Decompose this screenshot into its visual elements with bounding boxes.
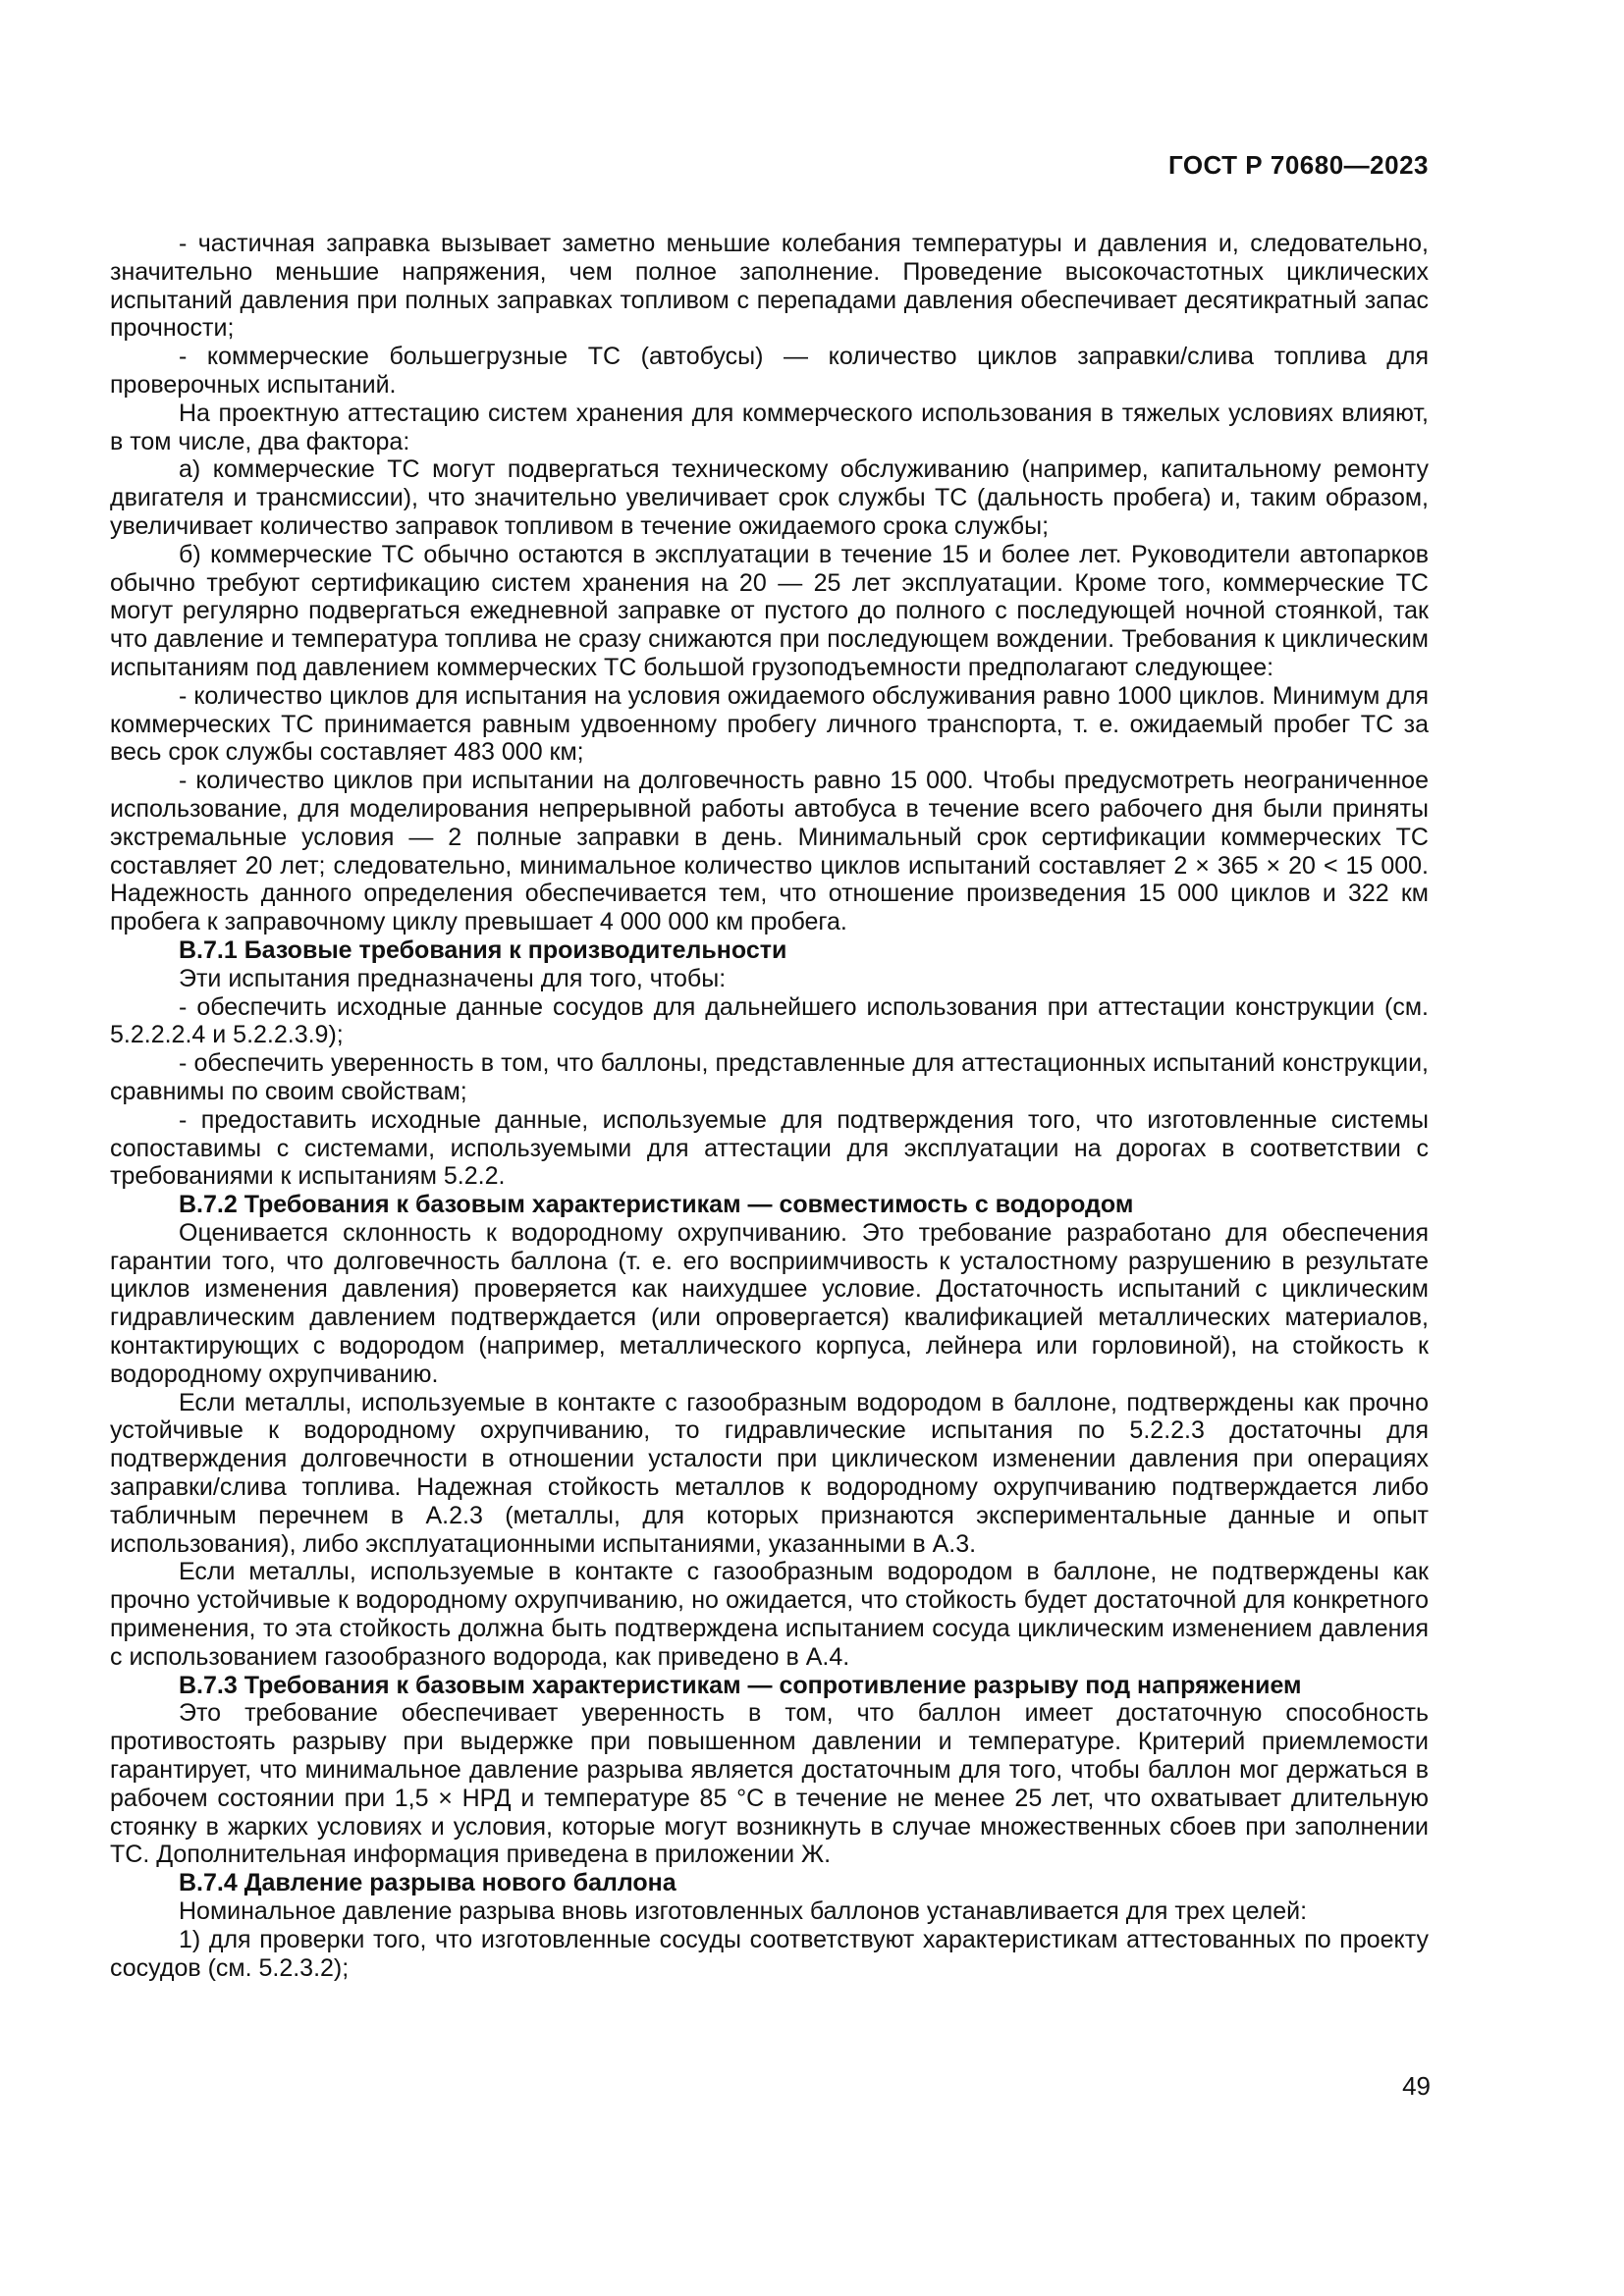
section-heading: В.7.2 Требования к базовым характеристик… [110,1191,1429,1219]
paragraph: - частичная заправка вызывает заметно ме… [110,230,1429,343]
paragraph: б) коммерческие ТС обычно остаются в экс… [110,541,1429,682]
doc-body: - частичная заправка вызывает заметно ме… [110,230,1429,1982]
paragraph: Оценивается склонность к водородному охр… [110,1219,1429,1389]
section-heading: В.7.4 Давление разрыва нового баллона [110,1869,1429,1897]
paragraph: Если металлы, используемые в контакте с … [110,1558,1429,1671]
paragraph: Если металлы, используемые в контакте с … [110,1389,1429,1559]
paragraph: - обеспечить уверенность в том, что балл… [110,1049,1429,1106]
page-number: 49 [110,2071,1431,2102]
paragraph: Это требование обеспечивает уверенность … [110,1699,1429,1869]
paragraph: Номинальное давление разрыва вновь изгот… [110,1897,1429,1926]
section-heading: В.7.3 Требования к базовым характеристик… [110,1672,1429,1700]
paragraph: - предоставить исходные данные, использу… [110,1106,1429,1191]
paragraph: - обеспечить исходные данные сосудов для… [110,993,1429,1050]
paragraph: а) коммерческие ТС могут подвергаться те… [110,455,1429,540]
paragraph: Эти испытания предназначены для того, чт… [110,965,1429,993]
paragraph: На проектную аттестацию систем хранения … [110,400,1429,456]
paragraph: - количество циклов при испытании на дол… [110,767,1429,936]
paragraph: - коммерческие большегрузные ТС (автобус… [110,343,1429,400]
document-page: ГОСТ Р 70680—2023 - частичная заправка в… [0,0,1624,2296]
paragraph: 1) для проверки того, что изготовленные … [110,1926,1429,1983]
section-heading: В.7.1 Базовые требования к производитель… [110,936,1429,965]
doc-header-code: ГОСТ Р 70680—2023 [110,150,1429,181]
paragraph: - количество циклов для испытания на усл… [110,682,1429,767]
